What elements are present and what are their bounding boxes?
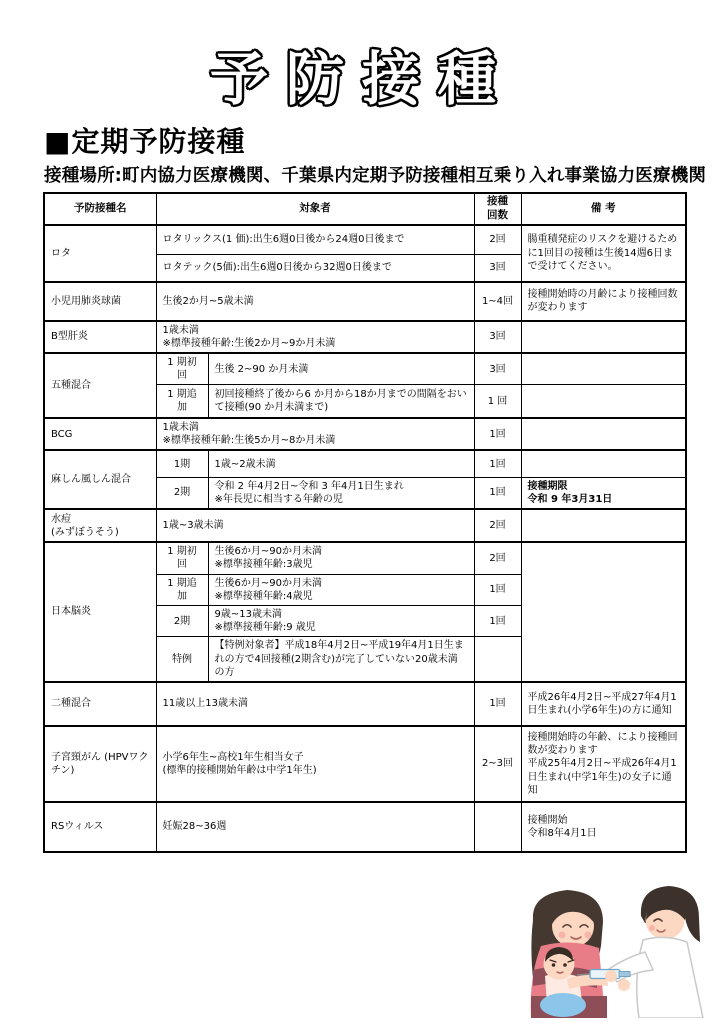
remarks-cell [521, 509, 686, 542]
remarks-cell [521, 418, 686, 450]
count-cell: 2回 [474, 509, 521, 542]
period-cell: 1期 [156, 450, 208, 477]
header-vaccine-name: 予防接種名 [44, 193, 156, 225]
count-cell: 1~4回 [474, 282, 521, 321]
vaccination-illustration-svg [505, 876, 717, 1018]
count-cell: 2回 [474, 542, 521, 574]
header-remarks: 備 考 [521, 193, 686, 225]
target-cell: 生後 2~90 か月未満 [208, 353, 474, 385]
vaccine-name-cell: 日本脳炎 [44, 542, 156, 682]
row-bcg: BCG 1歳未満 ※標準接種年齢:生後5か月~8か月未満 1回 [44, 418, 686, 450]
target-cell: 令和 2 年4月2日~令和 3 年4月1日生まれ ※年長児に相当する年齢の児 [208, 477, 474, 509]
target-cell: ロタリックス(1 価):出生6週0日後から24週0日後まで [156, 225, 474, 255]
remarks-cell: 接種期限 令和 9 年3月31日 [521, 477, 686, 509]
vaccine-name-cell: 小児用肺炎球菌 [44, 282, 156, 321]
vaccine-name-cell: 五種混合 [44, 353, 156, 418]
period-cell: 2期 [156, 605, 208, 636]
count-cell: 1回 [474, 418, 521, 450]
remarks-cell [521, 385, 686, 418]
target-cell: ロタテック(5価):出生6週0日後から32週0日後まで [156, 255, 474, 282]
target-cell: 小学6年生~高校1年生相当女子 (標準的接種開始年齢は中学1年生) [156, 726, 474, 802]
remarks-cell [521, 542, 686, 682]
target-cell: 1歳~2歳未満 [208, 450, 474, 477]
target-cell: 初回接種終了後から6 か月から18か月までの間隔をおいて接種(90 か月未満まで… [208, 385, 474, 418]
period-cell: 2期 [156, 477, 208, 509]
count-cell: 3回 [474, 353, 521, 385]
vaccine-name-cell: BCG [44, 418, 156, 450]
section-heading: ■定期予防接種 [44, 120, 724, 160]
vaccine-name-cell: ロタ [44, 225, 156, 282]
target-cell: 【特例対象者】平成18年4月2日~平成19年4月1日生まれの方で4回接種(2期含… [208, 637, 474, 682]
table-header-row: 予防接種名 対象者 接種 回数 備 考 [44, 193, 686, 225]
vaccine-name-cell: 麻しん風しん混合 [44, 450, 156, 509]
row-varicella: 水痘 (みずぼうそう) 1歳~3歳未満 2回 [44, 509, 686, 542]
remarks-cell: 腸重積発症のリスクを避けるために1回目の接種は生後14週6日まで受けてください。 [521, 225, 686, 282]
row-hpv: 子宮頸がん (HPVワクチン) 小学6年生~高校1年生相当女子 (標準的接種開始… [44, 726, 686, 802]
target-cell: 生後6か月~90か月未満 ※標準接種年齢:4歳児 [208, 574, 474, 605]
count-cell: 2~3回 [474, 726, 521, 802]
count-cell [474, 802, 521, 852]
target-cell: 生後2か月~5歳未満 [156, 282, 474, 321]
count-cell: 2回 [474, 225, 521, 255]
period-cell: 1 期追加 [156, 574, 208, 605]
target-cell: 妊娠28~36週 [156, 802, 474, 852]
row-hep-b: B型肝炎 1歳未満 ※標準接種年齢:生後2か月~9か月未満 3回 [44, 321, 686, 353]
location-line: 接種場所:町内協力医療機関、千葉県内定期予防接種相互乗り入れ事業協力医療機関 [44, 162, 724, 187]
period-cell: 特例 [156, 637, 208, 682]
period-cell: 1 期初回 [156, 542, 208, 574]
count-cell: 1回 [474, 574, 521, 605]
target-cell: 1歳~3歳未満 [156, 509, 474, 542]
remarks-cell [521, 321, 686, 353]
count-cell: 1回 [474, 605, 521, 636]
vaccine-name-cell: 水痘 (みずぼうそう) [44, 509, 156, 542]
target-cell: 生後6か月~90か月未満 ※標準接種年齢:3歳児 [208, 542, 474, 574]
row-rs: RSウィルス 妊娠28~36週 接種開始 令和8年4月1日 [44, 802, 686, 852]
count-cell: 1回 [474, 682, 521, 726]
count-cell: 3回 [474, 321, 521, 353]
count-cell: 3回 [474, 255, 521, 282]
period-cell: 1 期初回 [156, 353, 208, 385]
vaccine-name-cell: RSウィルス [44, 802, 156, 852]
nurse-figure [609, 886, 703, 1018]
count-cell: 1回 [474, 477, 521, 509]
vaccine-name-cell: B型肝炎 [44, 321, 156, 353]
row-rota-1: ロタ ロタリックス(1 価):出生6週0日後から24週0日後まで 2回 腸重積発… [44, 225, 686, 255]
remarks-cell: 接種開始時の年齢、により接種回数が変わります 平成25年4月2日~平成26年4月… [521, 726, 686, 802]
vaccine-name-cell: 二種混合 [44, 682, 156, 726]
row-pneumococcus: 小児用肺炎球菌 生後2か月~5歳未満 1~4回 接種開始時の月齢により接種回数が… [44, 282, 686, 321]
target-cell: 1歳未満 ※標準接種年齢:生後5か月~8か月未満 [156, 418, 474, 450]
count-cell: 1回 [474, 450, 521, 477]
count-cell [474, 637, 521, 682]
header-dose-count: 接種 回数 [474, 193, 521, 225]
target-cell: 11歳以上13歳未満 [156, 682, 474, 726]
remarks-cell: 接種開始 令和8年4月1日 [521, 802, 686, 852]
vaccine-name-cell: 子宮頸がん (HPVワクチン) [44, 726, 156, 802]
row-je-1: 日本脳炎 1 期初回 生後6か月~90か月未満 ※標準接種年齢:3歳児 2回 [44, 542, 686, 574]
header-target: 対象者 [156, 193, 474, 225]
row-mr-1: 麻しん風しん混合 1期 1歳~2歳未満 1回 [44, 450, 686, 477]
vaccination-illustration [505, 876, 717, 1018]
count-cell: 1 回 [474, 385, 521, 418]
row-dt: 二種混合 11歳以上13歳未満 1回 平成26年4月2日~平成27年4月1日生ま… [44, 682, 686, 726]
period-cell: 1 期追加 [156, 385, 208, 418]
page-title: 予防接種 [0, 32, 724, 116]
vaccination-table: 予防接種名 対象者 接種 回数 備 考 ロタ ロタリックス(1 価):出生6週0… [43, 192, 687, 853]
target-cell: 9歳~13歳未満 ※標準接種年齢:9 歳児 [208, 605, 474, 636]
row-pentavalent-1: 五種混合 1 期初回 生後 2~90 か月未満 3回 [44, 353, 686, 385]
remarks-cell: 接種開始時の月齢により接種回数が変わります [521, 282, 686, 321]
target-cell: 1歳未満 ※標準接種年齢:生後2か月~9か月未満 [156, 321, 474, 353]
remarks-cell [521, 353, 686, 385]
remarks-cell [521, 450, 686, 477]
remarks-cell: 平成26年4月2日~平成27年4月1日生まれ(小学6年生)の方に通知 [521, 682, 686, 726]
